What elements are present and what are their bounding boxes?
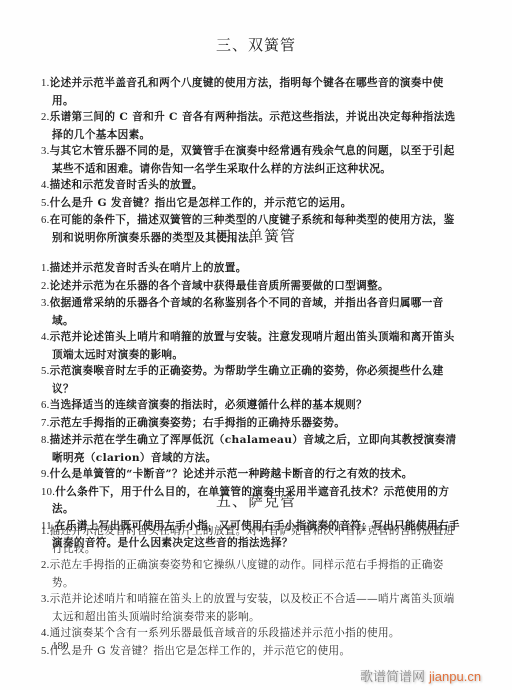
list-item: 7.示范左手拇指的正确演奏姿势；右手拇指的正确持乐器姿势。 xyxy=(41,415,461,433)
watermark-text: 歌谱简谱网 xyxy=(360,670,425,685)
site-watermark: 歌谱简谱网jianpu.cn xyxy=(360,666,481,685)
list-item: 4.描述和示范发音时舌头的放置。 xyxy=(41,177,461,195)
list-item: 5.什么是升 G 发音键？指出它是怎样工作的，并示范它的使用。 xyxy=(41,643,461,661)
list-item: 3.示范并论述哨片和哨箍在笛头上的放置与安装，以及校正不合适——哨片离笛头顶端太… xyxy=(41,591,461,625)
list-item: 4.示范并论述笛头上哨片和哨箍的放置与安装。注意发现哨片超出笛头顶端和离开笛头顶… xyxy=(41,329,461,363)
list-item: 5.示范演奏喉音时左手的正确姿势。为帮助学生确立正确的姿势，你必须提些什么建议？ xyxy=(41,363,461,397)
section-title-saxophone: 五、萨克管 xyxy=(0,490,512,511)
saxophone-question-list: 1.描述并示范发音时舌头在哨片上的放置。对中音萨克管和次中音萨克管的舌的放置进行… xyxy=(41,523,461,660)
oboe-question-list: 1.论述并示范半盖音孔和两个八度键的使用方法，指明每个键各在哪些音的演奏中使用。… xyxy=(41,75,461,246)
list-item: 6.当选择适当的连续音演奏的指法时，必须遵循什么样的基本规则？ xyxy=(41,397,461,415)
section-title-oboe: 三、双簧管 xyxy=(0,34,512,55)
section-title-clarinet: 四、单簧管 xyxy=(0,225,512,246)
document-page: 三、双簧管 1.论述并示范半盖音孔和两个八度键的使用方法，指明每个键各在哪些音的… xyxy=(0,0,512,690)
list-item: 3.与其它木管乐器不同的是，双簧管手在演奏中经常遇有残余气息的问题，以至于引起某… xyxy=(41,143,461,177)
list-item: 9.什么是单簧管的“卡断音”？论述并示范一种跨越卡断音的行之有效的技术。 xyxy=(41,466,461,484)
list-item: 2.乐谱第三间的 C 音和升 C 音各有两种指法。示范这些指法，并说出决定每种指… xyxy=(41,109,461,143)
list-item: 1.描述并示范发音时舌头在哨片上的放置。 xyxy=(41,260,461,278)
list-item: 5.什么是升 G 发音键？指出它是怎样工作的，并示范它的运用。 xyxy=(41,195,461,213)
watermark-brand: jianpu.cn xyxy=(429,669,481,684)
list-item: 2.论述并示范为在乐器的各个音域中获得最佳音质所需要做的口型调整。 xyxy=(41,278,461,296)
list-item: 1.描述并示范发音时舌头在哨片上的放置。对中音萨克管和次中音萨克管的舌的放置进行… xyxy=(41,523,461,557)
page-number: 180 xyxy=(52,640,69,652)
list-item: 8.描述并示范在学生确立了浑厚低沉（chalameau）音域之后，立即向其教授演… xyxy=(41,432,461,466)
list-item: 2.示范左手拇指的正确演奏姿势和它操纵八度键的动作。同样示范右手拇指的正确姿势。 xyxy=(41,557,461,591)
list-item: 3.依据通常采纳的乐器各个音域的名称鉴别各个不同的音域，并指出各音归属哪一音域。 xyxy=(41,295,461,329)
list-item: 1.论述并示范半盖音孔和两个八度键的使用方法，指明每个键各在哪些音的演奏中使用。 xyxy=(41,75,461,109)
list-item: 4.通过演奏某个含有一系列乐器最低音域音的乐段描述并示范小指的使用。 xyxy=(41,625,461,643)
